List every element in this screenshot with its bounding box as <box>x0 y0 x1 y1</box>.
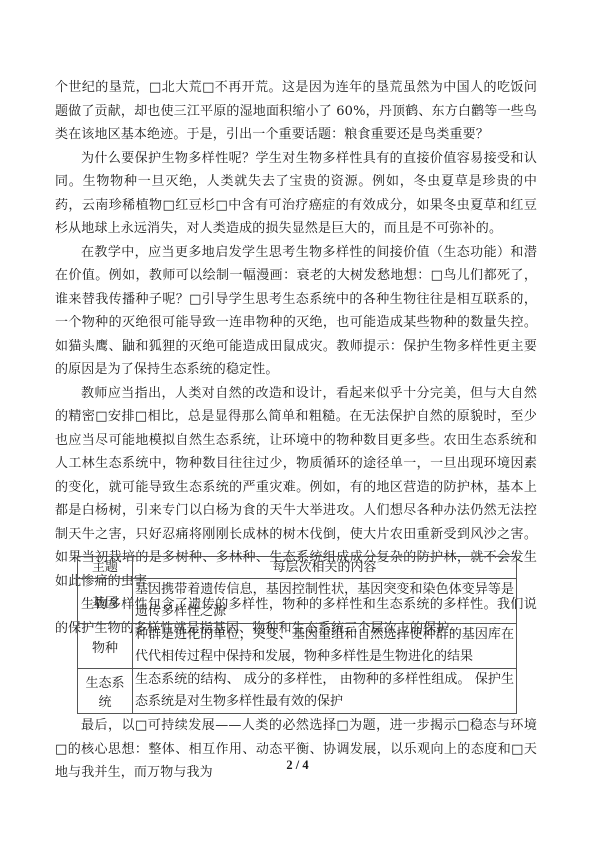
row-content-gene: 基因携带着遗传信息，基因控制性状，基因突变和染色体变异等是遗传多样性之源 <box>133 579 517 624</box>
document-page: 个世纪的垦荒，□北大荒□不再开荒。这是因为连年的垦荒虽然为中国人的吃饭问题做了贡… <box>0 0 595 841</box>
table-row: 生态系统 生态系统的结构、 成分的多样性， 由物种的多样性组成。 保护生态系统是… <box>78 669 517 714</box>
table-header-row: 主题 每层次相关的内容 <box>78 557 517 579</box>
row-content-species: 种群是进化的单位，突变、基因重组和自然选择使种群的基因库在代代相传过程中保持和发… <box>133 624 517 669</box>
table-row: 物种 种群是进化的单位，突变、基因重组和自然选择使种群的基因库在代代相传过程中保… <box>78 624 517 669</box>
row-topic-gene: 基因 <box>78 579 133 624</box>
paragraph-direct-value: 为什么要保护生物多样性呢？学生对生物多样性具有的直接价值容易接受和认同。生物物种… <box>55 147 537 241</box>
paragraph-sustainable-development: 最后，以□可持续发展——人类的必然选择□为题，进一步揭示□稳态与环境□的核心思想… <box>55 714 537 785</box>
paragraph-wetland-reclamation: 个世纪的垦荒，□北大荒□不再开荒。这是因为连年的垦荒虽然为中国人的吃饭问题做了贡… <box>55 76 537 147</box>
row-topic-species: 物种 <box>78 624 133 669</box>
table-row: 基因 基因携带着遗传信息，基因控制性状，基因突变和染色体变异等是遗传多样性之源 <box>78 579 517 624</box>
page-number: 2 / 4 <box>0 758 595 773</box>
row-topic-ecosystem: 生态系统 <box>78 669 133 714</box>
header-content: 每层次相关的内容 <box>133 557 517 579</box>
header-topic: 主题 <box>78 557 133 579</box>
diversity-levels-table: 主题 每层次相关的内容 基因 基因携带着遗传信息，基因控制性状，基因突变和染色体… <box>77 556 517 714</box>
body-text-bottom: 最后，以□可持续发展——人类的必然选择□为题，进一步揭示□稳态与环境□的核心思想… <box>55 714 537 785</box>
paragraph-indirect-value: 在教学中，应当更多地启发学生思考生物多样性的间接价值（生态功能）和潜在价值。例如… <box>55 241 537 382</box>
row-content-ecosystem: 生态系统的结构、 成分的多样性， 由物种的多样性组成。 保护生态系统是对生物多样… <box>133 669 517 714</box>
